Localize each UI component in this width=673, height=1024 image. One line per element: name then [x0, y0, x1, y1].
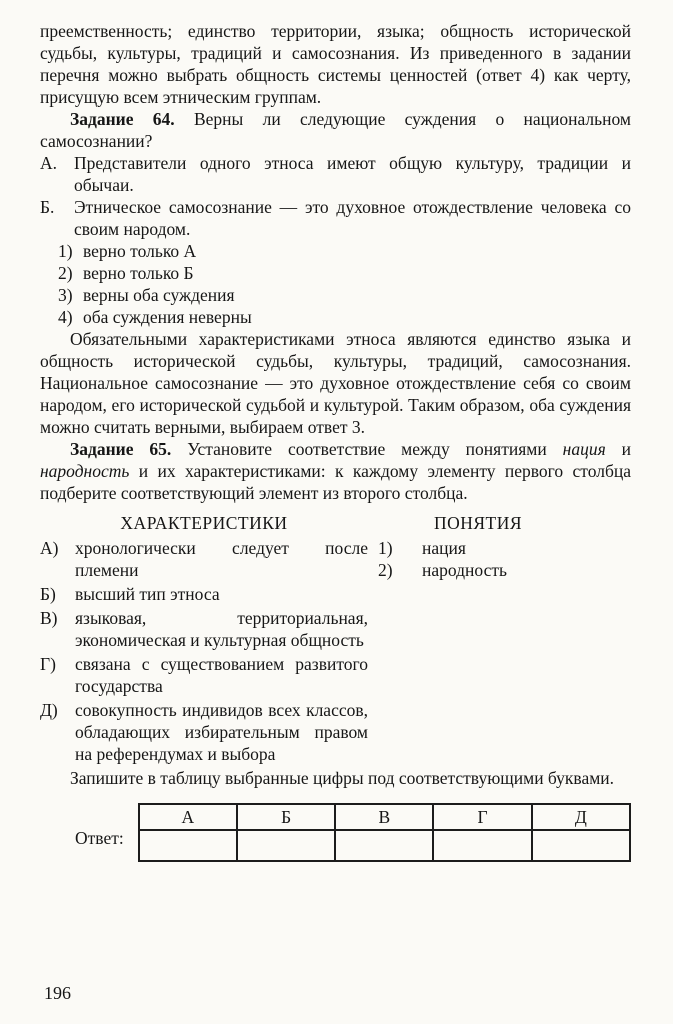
task65-term-narodnost: народность: [40, 461, 129, 481]
task64-option-4: 4) оба суждения неверны: [40, 306, 631, 328]
option-4-marker: 4): [58, 306, 73, 328]
intro-paragraph: преемственность; единство территории, яз…: [40, 20, 631, 108]
answer-header-b: Б: [237, 804, 335, 830]
characteristic-b: Б) высший тип этноса: [40, 583, 368, 605]
answer-table-header-row: А Б В Г Д: [139, 804, 630, 830]
answer-table: А Б В Г Д: [138, 803, 631, 862]
characteristic-d: Д) совокупность индивидов всех классов, …: [40, 699, 368, 765]
option-1-text: верно только А: [83, 241, 196, 261]
answer-header-g: Г: [433, 804, 531, 830]
task64-statement-b: Б. Этническое самосознание — это духовно…: [40, 196, 631, 240]
characteristic-g-marker: Г): [40, 653, 56, 675]
characteristic-v: В) языковая, территориальная, экономичес…: [40, 607, 368, 651]
characteristic-v-text: языковая, территориальная, экономическая…: [75, 608, 368, 650]
statement-b-text: Этническое самосознание — это духовное о…: [74, 197, 631, 239]
option-4-text: оба суждения неверны: [83, 307, 252, 327]
answer-header-a: А: [139, 804, 237, 830]
concept-2: 2) народность: [378, 559, 578, 581]
answer-header-d: Д: [532, 804, 630, 830]
statement-a-text: Представители одного этноса имеют общую …: [74, 153, 631, 195]
task65-intro-before: Установите соответствие между понятиями: [187, 439, 546, 459]
characteristic-g-text: связана с существованием развитого госуд…: [75, 654, 368, 696]
characteristic-b-text: высший тип этноса: [75, 584, 220, 604]
option-3-marker: 3): [58, 284, 73, 306]
answer-section: Ответ: А Б В Г Д: [40, 803, 631, 862]
answer-header-v: В: [335, 804, 433, 830]
task64-statement-a: А. Представители одного этноса имеют общ…: [40, 152, 631, 196]
option-1-marker: 1): [58, 240, 73, 262]
characteristics-header: ХАРАКТЕРИСТИКИ: [40, 512, 368, 534]
task64-label: Задание 64.: [70, 109, 175, 129]
task65-paragraph: Задание 65. Установите соответствие межд…: [40, 438, 631, 504]
statement-b-marker: Б.: [40, 196, 54, 218]
characteristic-a-text: хронологически следует после племени: [75, 538, 368, 580]
answer-table-value-row: [139, 830, 630, 861]
concept-2-text: народность: [422, 560, 507, 580]
concepts-column: ПОНЯТИЯ 1) нация 2) народность: [378, 512, 578, 767]
answer-cell-a: [139, 830, 237, 861]
task65-conjunction: и: [622, 439, 631, 459]
concept-1: 1) нация: [378, 537, 578, 559]
characteristic-d-text: совокупность индивидов всех классов, обл…: [75, 700, 368, 764]
answer-cell-v: [335, 830, 433, 861]
option-2-marker: 2): [58, 262, 73, 284]
characteristic-d-marker: Д): [40, 699, 58, 721]
task65-term-nation: нация: [563, 439, 606, 459]
option-3-text: верны оба суждения: [83, 285, 235, 305]
answer-label: Ответ:: [75, 817, 124, 849]
characteristic-b-marker: Б): [40, 583, 56, 605]
task64-option-2: 2) верно только Б: [40, 262, 631, 284]
task64-option-3: 3) верны оба суждения: [40, 284, 631, 306]
answer-cell-g: [433, 830, 531, 861]
answer-cell-d: [532, 830, 630, 861]
task65-intro-after: и их характеристиками: к каждому элемент…: [40, 461, 631, 503]
write-instruction: Запишите в таблицу выбранные цифры под с…: [40, 767, 631, 789]
concept-1-text: нация: [422, 538, 466, 558]
page-number: 196: [44, 982, 71, 1004]
concept-1-marker: 1): [378, 537, 393, 559]
textbook-page: преемственность; единство территории, яз…: [0, 0, 673, 1024]
matching-exercise: ХАРАКТЕРИСТИКИ А) хронологически следует…: [40, 512, 631, 767]
statement-a-marker: А.: [40, 152, 57, 174]
answer-cell-b: [237, 830, 335, 861]
concepts-header: ПОНЯТИЯ: [378, 512, 578, 534]
characteristics-column: ХАРАКТЕРИСТИКИ А) хронологически следует…: [40, 512, 368, 767]
option-2-text: верно только Б: [83, 263, 194, 283]
task64-paragraph: Задание 64. Верны ли следующие суждения …: [40, 108, 631, 152]
characteristic-a-marker: А): [40, 537, 58, 559]
characteristic-a: А) хронологически следует после племени: [40, 537, 368, 581]
task64-option-1: 1) верно только А: [40, 240, 631, 262]
characteristic-g: Г) связана с существованием развитого го…: [40, 653, 368, 697]
task64-explanation: Обязательными характеристиками этноса яв…: [40, 328, 631, 438]
concept-2-marker: 2): [378, 559, 393, 581]
task65-label: Задание 65.: [70, 439, 171, 459]
characteristic-v-marker: В): [40, 607, 58, 629]
